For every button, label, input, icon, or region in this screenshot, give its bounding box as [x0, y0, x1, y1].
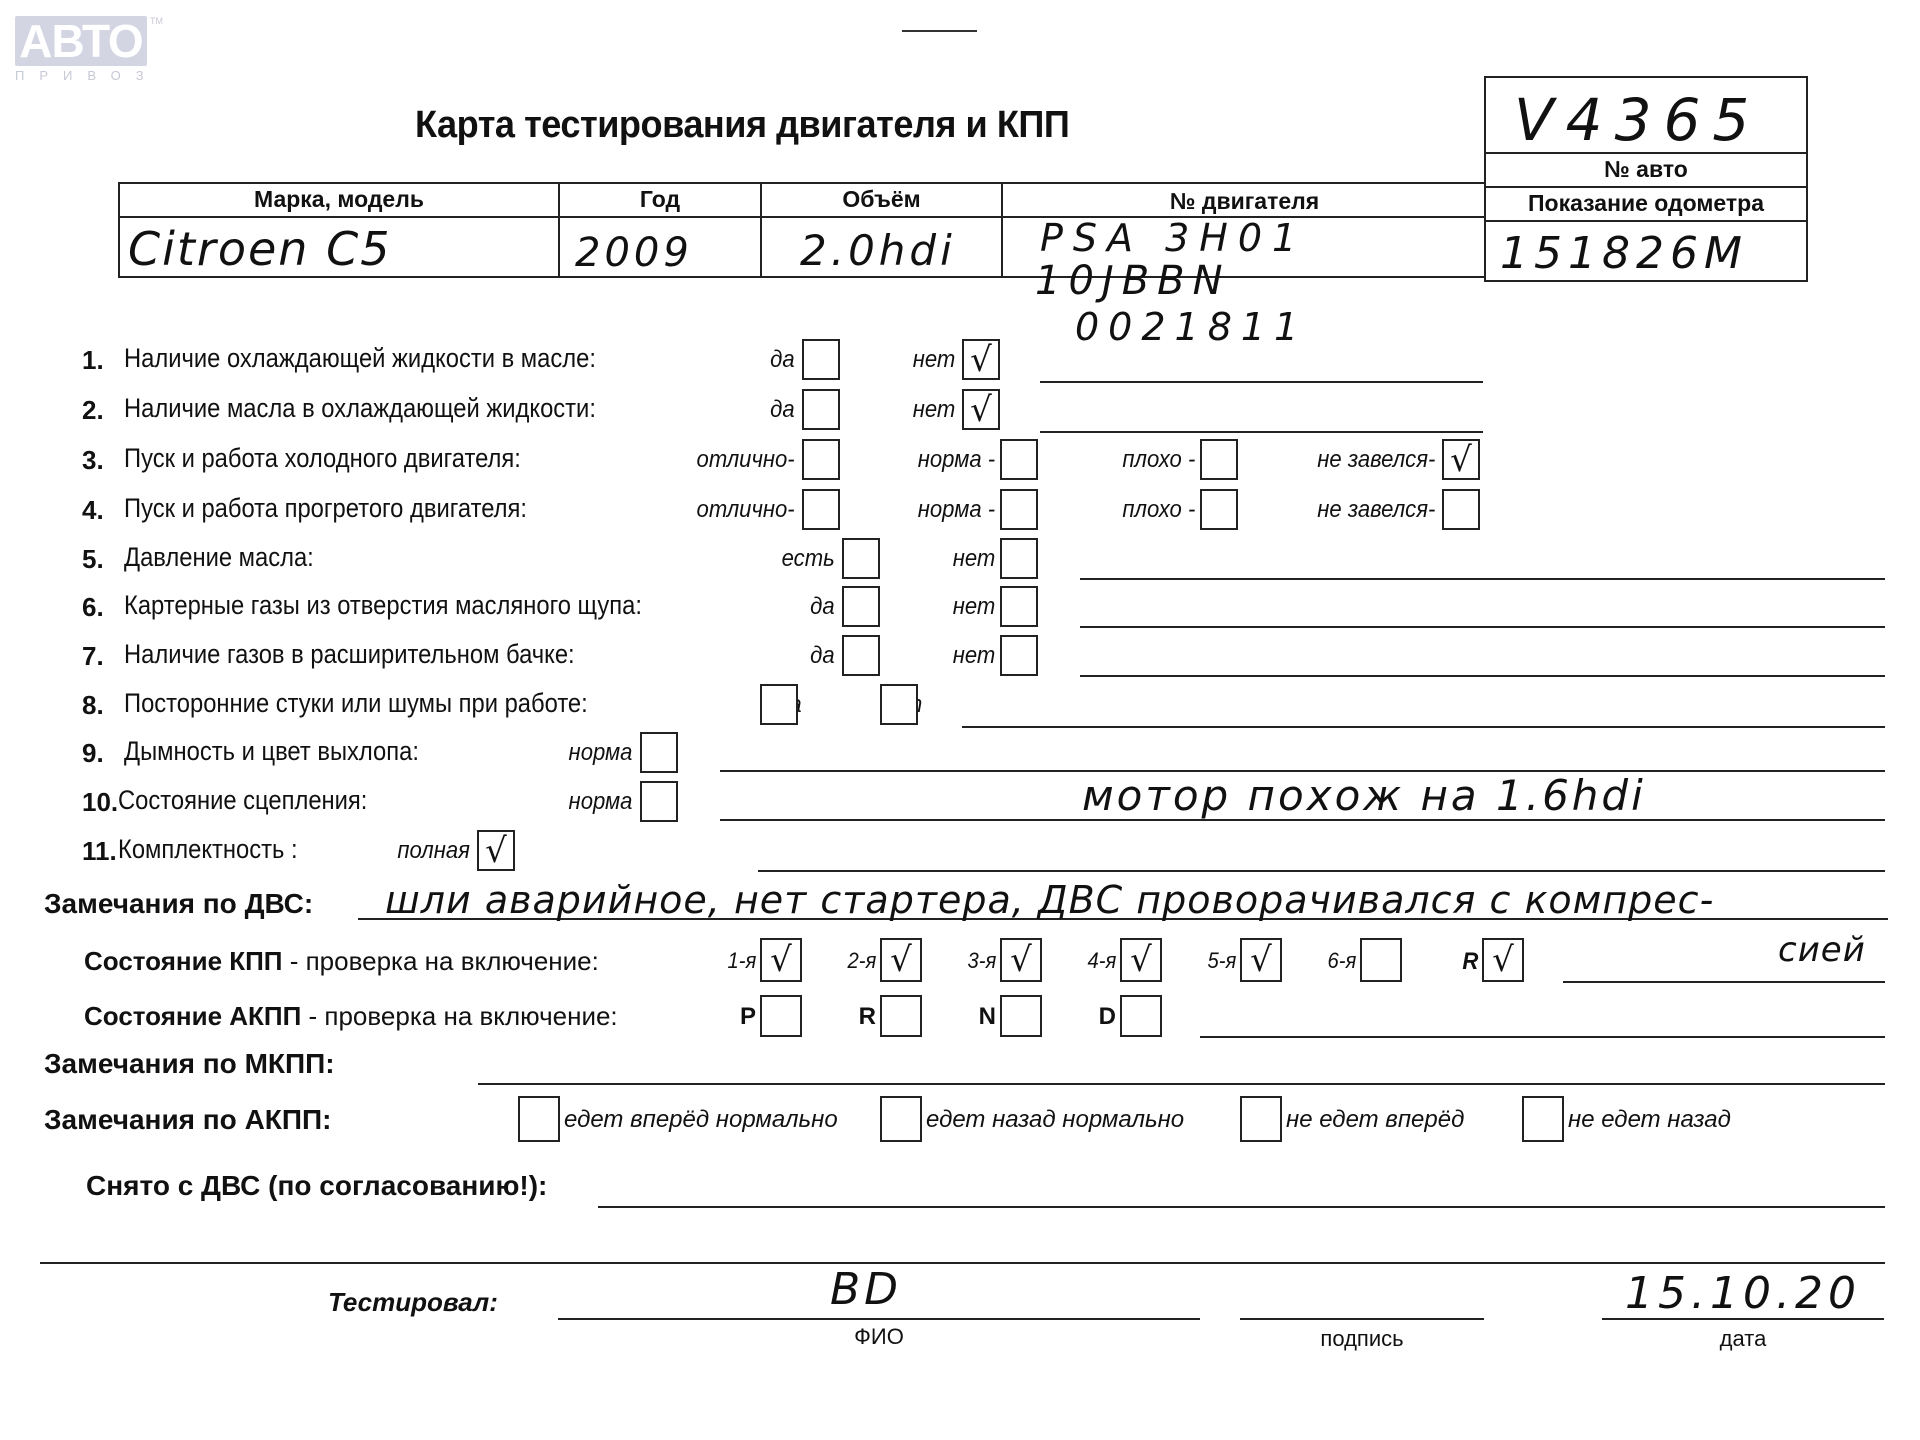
akpp-remark-label: не едет назад	[1568, 1106, 1731, 1134]
gear-checkbox[interactable]: √	[1000, 938, 1042, 982]
dvs-remarks-value[interactable]: шли аварийное, нет стартера, ДВС провора…	[385, 878, 1714, 922]
gear-checkbox[interactable]: √	[760, 938, 802, 982]
option-checkbox[interactable]	[1200, 439, 1238, 480]
date-value[interactable]: 15.10.20	[1625, 1268, 1861, 1319]
question-number: 5.	[82, 544, 104, 575]
question-text: Комплектность :	[118, 834, 298, 865]
option-checkbox[interactable]	[1000, 586, 1038, 627]
question-number: 1.	[82, 345, 104, 376]
tester-name-value[interactable]: BD	[830, 1264, 902, 1315]
option-label: есть	[782, 545, 835, 573]
signature-line[interactable]	[1240, 1318, 1484, 1320]
question-number: 3.	[82, 445, 104, 476]
comment-line[interactable]	[1080, 578, 1885, 580]
option-checkbox[interactable]	[842, 538, 880, 579]
kpp-label-rest: - проверка на включение:	[283, 946, 599, 976]
question-number: 4.	[82, 495, 104, 526]
comment-line[interactable]	[962, 726, 1885, 728]
kpp-label-bold: Состояние КПП	[84, 946, 283, 976]
gear-label: 6-я	[1327, 948, 1356, 974]
option-checkbox[interactable]	[1000, 538, 1038, 579]
option-label: не завелся-	[1317, 446, 1435, 474]
option-label: нет	[952, 593, 995, 621]
option-checkbox[interactable]	[880, 684, 918, 725]
name-line	[558, 1318, 1200, 1320]
mkpp-remarks-line[interactable]	[478, 1083, 1885, 1085]
gear-label: 3-я	[967, 948, 996, 974]
gear-label: 1-я	[727, 948, 756, 974]
question-number: 11.	[82, 836, 117, 867]
akpp-remark-checkbox[interactable]	[880, 1096, 922, 1142]
mode-label: N	[979, 1003, 996, 1031]
top-dash	[902, 30, 977, 32]
option-checkbox[interactable]	[802, 489, 840, 530]
gear-label: 2-я	[847, 948, 876, 974]
option-checkbox[interactable]	[760, 684, 798, 725]
question-text: Посторонние стуки или шумы при работе:	[124, 688, 588, 719]
mode-checkbox[interactable]	[1000, 995, 1042, 1037]
akpp-remark-label: не едет вперёд	[1286, 1106, 1464, 1134]
page-title: Карта тестирования двигателя и КПП	[415, 104, 1069, 147]
option-checkbox[interactable]	[1442, 489, 1480, 530]
header-table: Марка, модель Год Объём № двигателя Citr…	[118, 182, 1486, 278]
footer-divider	[40, 1262, 1885, 1264]
option-checkbox[interactable]	[640, 732, 678, 773]
option-label: плохо -	[1122, 496, 1195, 524]
comment-line[interactable]	[1040, 431, 1483, 433]
question-text: Пуск и работа прогретого двигателя:	[124, 493, 527, 524]
date-line	[1602, 1318, 1884, 1320]
question-text: Пуск и работа холодного двигателя:	[124, 443, 521, 474]
clutch-note[interactable]: мотор похож на 1.6hdi	[1082, 771, 1646, 820]
question-text: Наличие газов в расширительном бачке:	[124, 639, 575, 670]
akpp-remark-label: едет вперёд нормально	[564, 1106, 838, 1134]
option-checkbox[interactable]	[802, 389, 840, 430]
option-label: нет	[912, 396, 955, 424]
akpp-label-rest: - проверка на включение:	[301, 1001, 617, 1031]
option-checkbox[interactable]	[640, 781, 678, 822]
question-text: Состояние сцепления:	[118, 785, 367, 816]
akpp-remark-label: едет назад нормально	[926, 1106, 1184, 1134]
kpp-label: Состояние КПП - проверка на включение:	[84, 946, 599, 977]
option-checkbox[interactable]	[1000, 635, 1038, 676]
option-label: норма -	[918, 496, 995, 524]
option-label: да	[771, 396, 795, 424]
mode-label: P	[740, 1003, 756, 1031]
mode-checkbox[interactable]	[880, 995, 922, 1037]
gear-label: 4-я	[1087, 948, 1116, 974]
removed-line[interactable]	[598, 1206, 1885, 1208]
question-number: 9.	[82, 738, 104, 769]
akpp-remark-checkbox[interactable]	[1240, 1096, 1282, 1142]
date-caption: дата	[1602, 1326, 1884, 1352]
option-checkbox[interactable]	[802, 339, 840, 380]
option-checkbox[interactable]	[1000, 489, 1038, 530]
option-label: норма -	[918, 446, 995, 474]
question-text: Наличие охлаждающей жидкости в масле:	[124, 343, 596, 374]
option-label: отлично-	[697, 446, 795, 474]
question-number: 8.	[82, 690, 104, 721]
logo-trademark: TM	[150, 16, 163, 26]
option-label: да	[811, 642, 835, 670]
column-header-year: Год	[560, 186, 760, 213]
akpp-line	[1200, 1036, 1885, 1038]
option-checkbox[interactable]	[842, 586, 880, 627]
car-no-value[interactable]: V4365	[1514, 86, 1761, 154]
option-checkbox[interactable]	[1000, 439, 1038, 480]
question-text: Наличие масла в охлаждающей жидкости:	[124, 393, 596, 424]
odometer-label: Показание одометра	[1486, 190, 1806, 217]
akpp-remarks-label: Замечания по АКПП:	[44, 1104, 331, 1136]
option-label: нет	[952, 545, 995, 573]
signature-caption: подпись	[1240, 1326, 1484, 1352]
option-label: да	[811, 593, 835, 621]
mode-checkbox[interactable]	[760, 995, 802, 1037]
logo-subtitle: ПРИВОЗ	[15, 68, 147, 83]
option-label: нет	[952, 642, 995, 670]
akpp-label: Состояние АКПП - проверка на включение:	[84, 1001, 618, 1032]
tested-by-label: Тестировал:	[328, 1287, 498, 1318]
option-label: отлично-	[697, 496, 795, 524]
gear-label: 5-я	[1207, 948, 1236, 974]
gear-label: R	[1462, 948, 1478, 976]
akpp-remark-checkbox[interactable]	[518, 1096, 560, 1142]
engine-no-line1[interactable]: PSA 3H01	[1040, 216, 1306, 260]
comment-line[interactable]	[758, 870, 1885, 872]
mode-checkbox[interactable]	[1120, 995, 1162, 1037]
option-label: норма	[568, 788, 632, 816]
name-caption: ФИО	[558, 1324, 1200, 1350]
option-label: не завелся-	[1317, 496, 1435, 524]
option-checkbox[interactable]: √	[962, 389, 1000, 430]
gear-checkbox[interactable]: √	[1120, 938, 1162, 982]
comment-line[interactable]	[1080, 626, 1885, 628]
question-number: 7.	[82, 641, 104, 672]
question-text: Давление масла:	[124, 542, 314, 573]
question-number: 10.	[82, 787, 118, 818]
akpp-label-bold: Состояние АКПП	[84, 1001, 301, 1031]
engine-no-line2: 10JBBN	[1035, 258, 1231, 304]
mkpp-remarks-label: Замечания по МКПП:	[44, 1048, 335, 1080]
option-checkbox[interactable]	[842, 635, 880, 676]
comment-line[interactable]	[1040, 381, 1483, 383]
option-checkbox[interactable]: √	[962, 339, 1000, 380]
option-label: полная	[397, 837, 470, 865]
option-label: да	[771, 346, 795, 374]
dvs-remarks-label: Замечания по ДВС:	[44, 888, 313, 920]
gear-checkbox[interactable]: √	[1482, 938, 1524, 982]
comment-line[interactable]	[1080, 675, 1885, 677]
question-text: Картерные газы из отверстия масляного щу…	[124, 590, 642, 621]
avtoprivoz-logo: АВТО	[15, 16, 147, 66]
gear-checkbox[interactable]: √	[1240, 938, 1282, 982]
option-checkbox[interactable]	[802, 439, 840, 480]
removed-label: Снято с ДВС (по согласованию!):	[86, 1170, 547, 1202]
model-value[interactable]: Citroen C5	[128, 222, 391, 276]
option-checkbox[interactable]: √	[477, 830, 515, 871]
option-label: нет	[912, 346, 955, 374]
dvs-remarks-value-cont: сией	[1778, 930, 1866, 970]
mode-label: D	[1099, 1003, 1116, 1031]
akpp-remark-checkbox[interactable]	[1522, 1096, 1564, 1142]
column-header-volume: Объём	[762, 186, 1001, 213]
option-checkbox[interactable]	[1200, 489, 1238, 530]
option-label: норма	[568, 739, 632, 767]
kpp-line	[1563, 981, 1885, 983]
question-text: Дымность и цвет выхлопа:	[124, 736, 419, 767]
gear-checkbox[interactable]: √	[880, 938, 922, 982]
odometer-value[interactable]: 151826M	[1500, 228, 1748, 279]
question-number: 2.	[82, 395, 104, 426]
question-number: 6.	[82, 592, 104, 623]
engine-no-line3: 0021811	[1075, 305, 1307, 349]
option-checkbox[interactable]: √	[1442, 439, 1480, 480]
year-value[interactable]: 2009	[575, 230, 693, 276]
gear-checkbox[interactable]	[1360, 938, 1402, 982]
car-info-box: V4365 № авто Показание одометра 151826M	[1484, 76, 1808, 282]
column-header-engine-no: № двигателя	[1003, 188, 1486, 215]
option-label: плохо -	[1122, 446, 1195, 474]
column-header-model: Марка, модель	[120, 186, 558, 213]
mode-label: R	[859, 1003, 876, 1031]
volume-value[interactable]: 2.0hdi	[800, 226, 956, 275]
car-no-label: № авто	[1486, 156, 1806, 183]
